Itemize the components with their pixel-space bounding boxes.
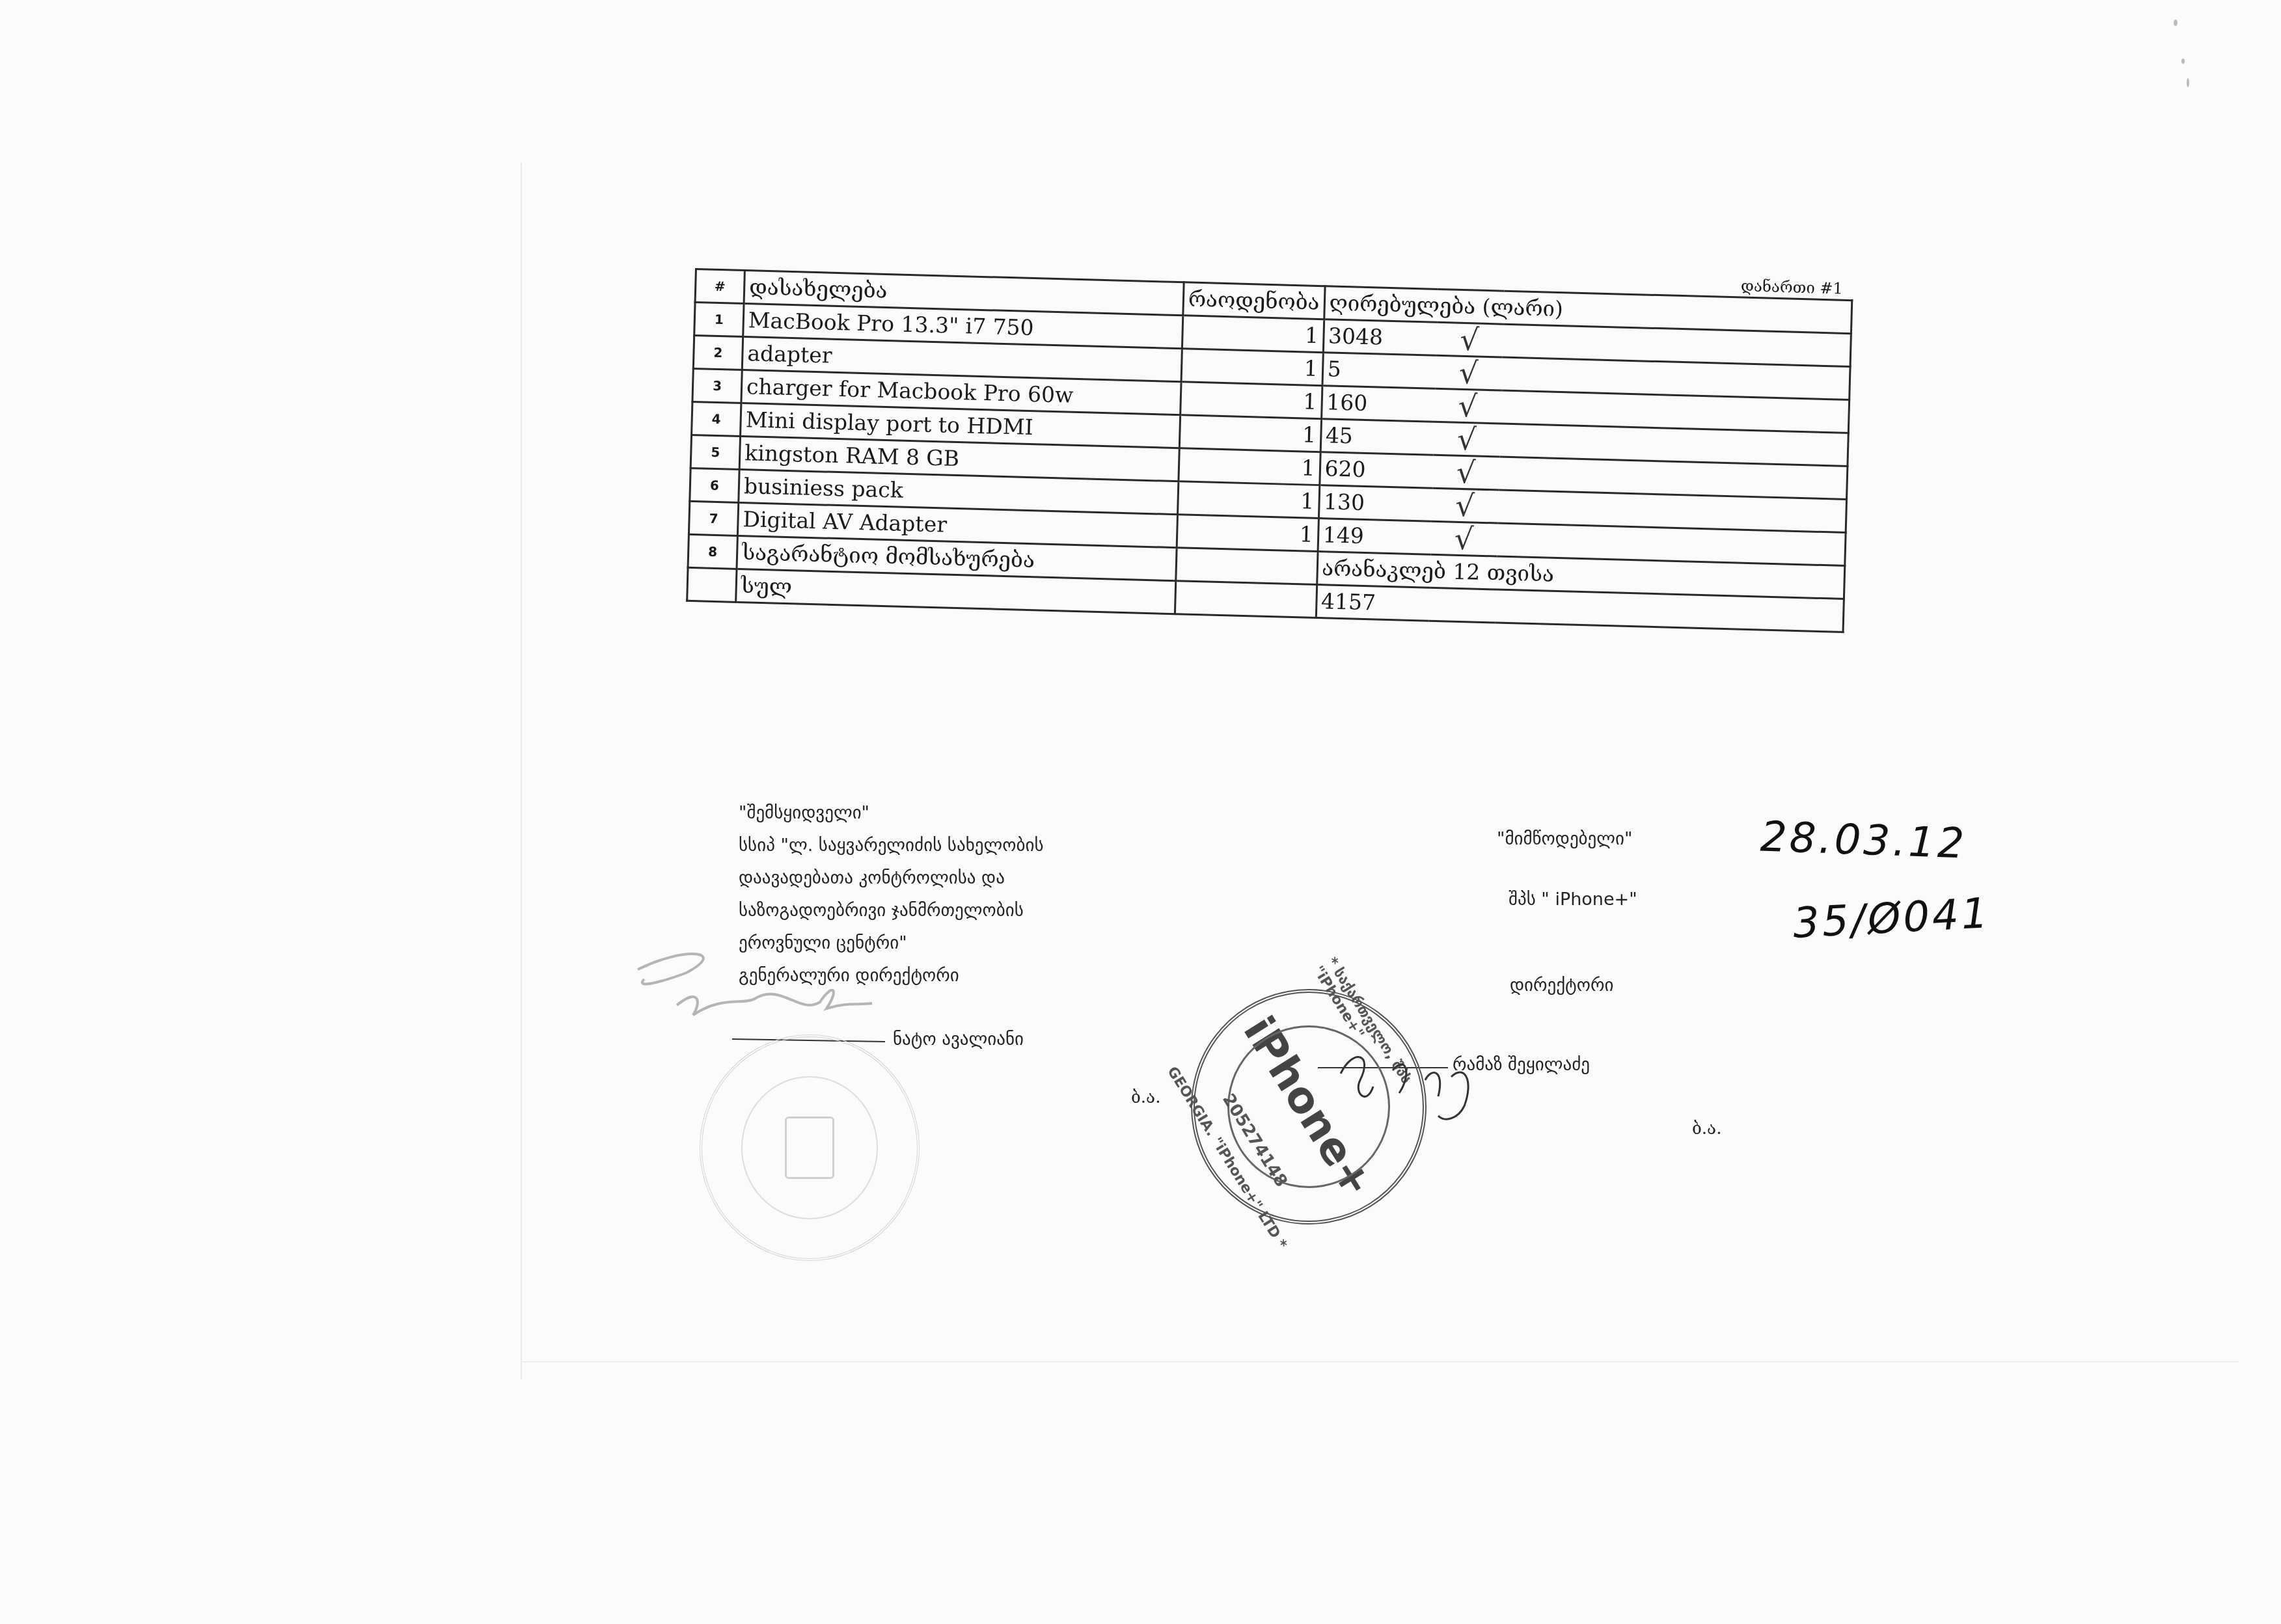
row-num: 4 bbox=[692, 401, 741, 436]
row-qty: 1 bbox=[1179, 448, 1320, 485]
buyer-signature-scribble bbox=[625, 943, 898, 1028]
check-mark-icon: √ bbox=[1430, 521, 1497, 556]
row-qty: 1 bbox=[1181, 382, 1322, 419]
row-qty: 1 bbox=[1178, 481, 1320, 519]
buyer-role: "შემსყიდველი" bbox=[739, 797, 1044, 830]
row-num: 2 bbox=[693, 336, 743, 370]
header-num: # bbox=[695, 269, 744, 304]
check-mark-icon: √ bbox=[1432, 455, 1499, 490]
supplier-role: "მიმწოდებელი" bbox=[1497, 823, 1632, 856]
buyer-org-line: სსიპ "ლ. საყვარელიძის სახელობის bbox=[739, 830, 1044, 862]
row-num: 7 bbox=[689, 501, 738, 535]
row-num: 3 bbox=[692, 368, 742, 403]
annex-label: დანართი #1 bbox=[1741, 277, 1844, 297]
row-price: 620 bbox=[1319, 452, 1433, 489]
check-mark-icon: √ bbox=[1431, 488, 1498, 523]
row-qty bbox=[1176, 548, 1318, 585]
row-num: 1 bbox=[694, 303, 744, 337]
check-mark-icon: √ bbox=[1433, 422, 1500, 457]
row-price: 45 bbox=[1320, 419, 1434, 455]
scan-page-edge bbox=[521, 163, 522, 1379]
row-qty: 1 bbox=[1182, 316, 1324, 353]
row-num: 6 bbox=[690, 468, 739, 502]
row-qty: 1 bbox=[1177, 515, 1318, 552]
buyer-signatory: ნატო ავალიანი bbox=[893, 1023, 1024, 1056]
handwritten-reference: 35/Ø041 bbox=[1792, 889, 1991, 948]
handwritten-date: 28.03.12 bbox=[1760, 813, 1967, 868]
row-num: 8 bbox=[688, 534, 737, 569]
row-price: 3048 bbox=[1323, 319, 1437, 356]
buyer-org-line: დაავადებათა კონტროლისა და bbox=[739, 862, 1044, 895]
check-mark-icon: √ bbox=[1434, 388, 1501, 424]
buyer-seal-label: ბ.ა. bbox=[1131, 1088, 1160, 1107]
row-price: 130 bbox=[1318, 485, 1432, 522]
buyer-stamp bbox=[700, 1035, 920, 1261]
scan-page-edge bbox=[521, 1361, 2239, 1362]
row-qty: 1 bbox=[1179, 415, 1321, 452]
scan-speck bbox=[2181, 59, 2185, 64]
supplier-seal-label: ბ.ა. bbox=[1692, 1119, 1721, 1139]
scan-speck bbox=[2187, 78, 2189, 87]
check-mark-icon: √ bbox=[1436, 322, 1503, 357]
supplier-org: შპს " iPhone+" bbox=[1509, 884, 1637, 916]
header-qty: რაოდენობა bbox=[1183, 282, 1325, 319]
items-table: # დასახელება რაოდენობა ღირებულება (ლარი)… bbox=[686, 268, 1853, 633]
row-price: 160 bbox=[1321, 386, 1435, 422]
buyer-org-line: საზოგადოებრივი ჯანმრთელობის bbox=[739, 895, 1044, 927]
row-price: 149 bbox=[1318, 519, 1432, 555]
row-num: 5 bbox=[690, 435, 740, 469]
row-price: 5 bbox=[1322, 353, 1436, 389]
check-mark-icon: √ bbox=[1435, 355, 1502, 390]
supplier-title: დირექტორი bbox=[1510, 969, 1613, 1002]
row-qty: 1 bbox=[1181, 349, 1323, 386]
supplier-signature-scribble bbox=[1334, 1035, 1484, 1126]
items-table-container: დანართი #1 # დასახელება რაოდენობა ღირებუ… bbox=[685, 268, 1853, 690]
scan-speck bbox=[2174, 20, 2178, 26]
